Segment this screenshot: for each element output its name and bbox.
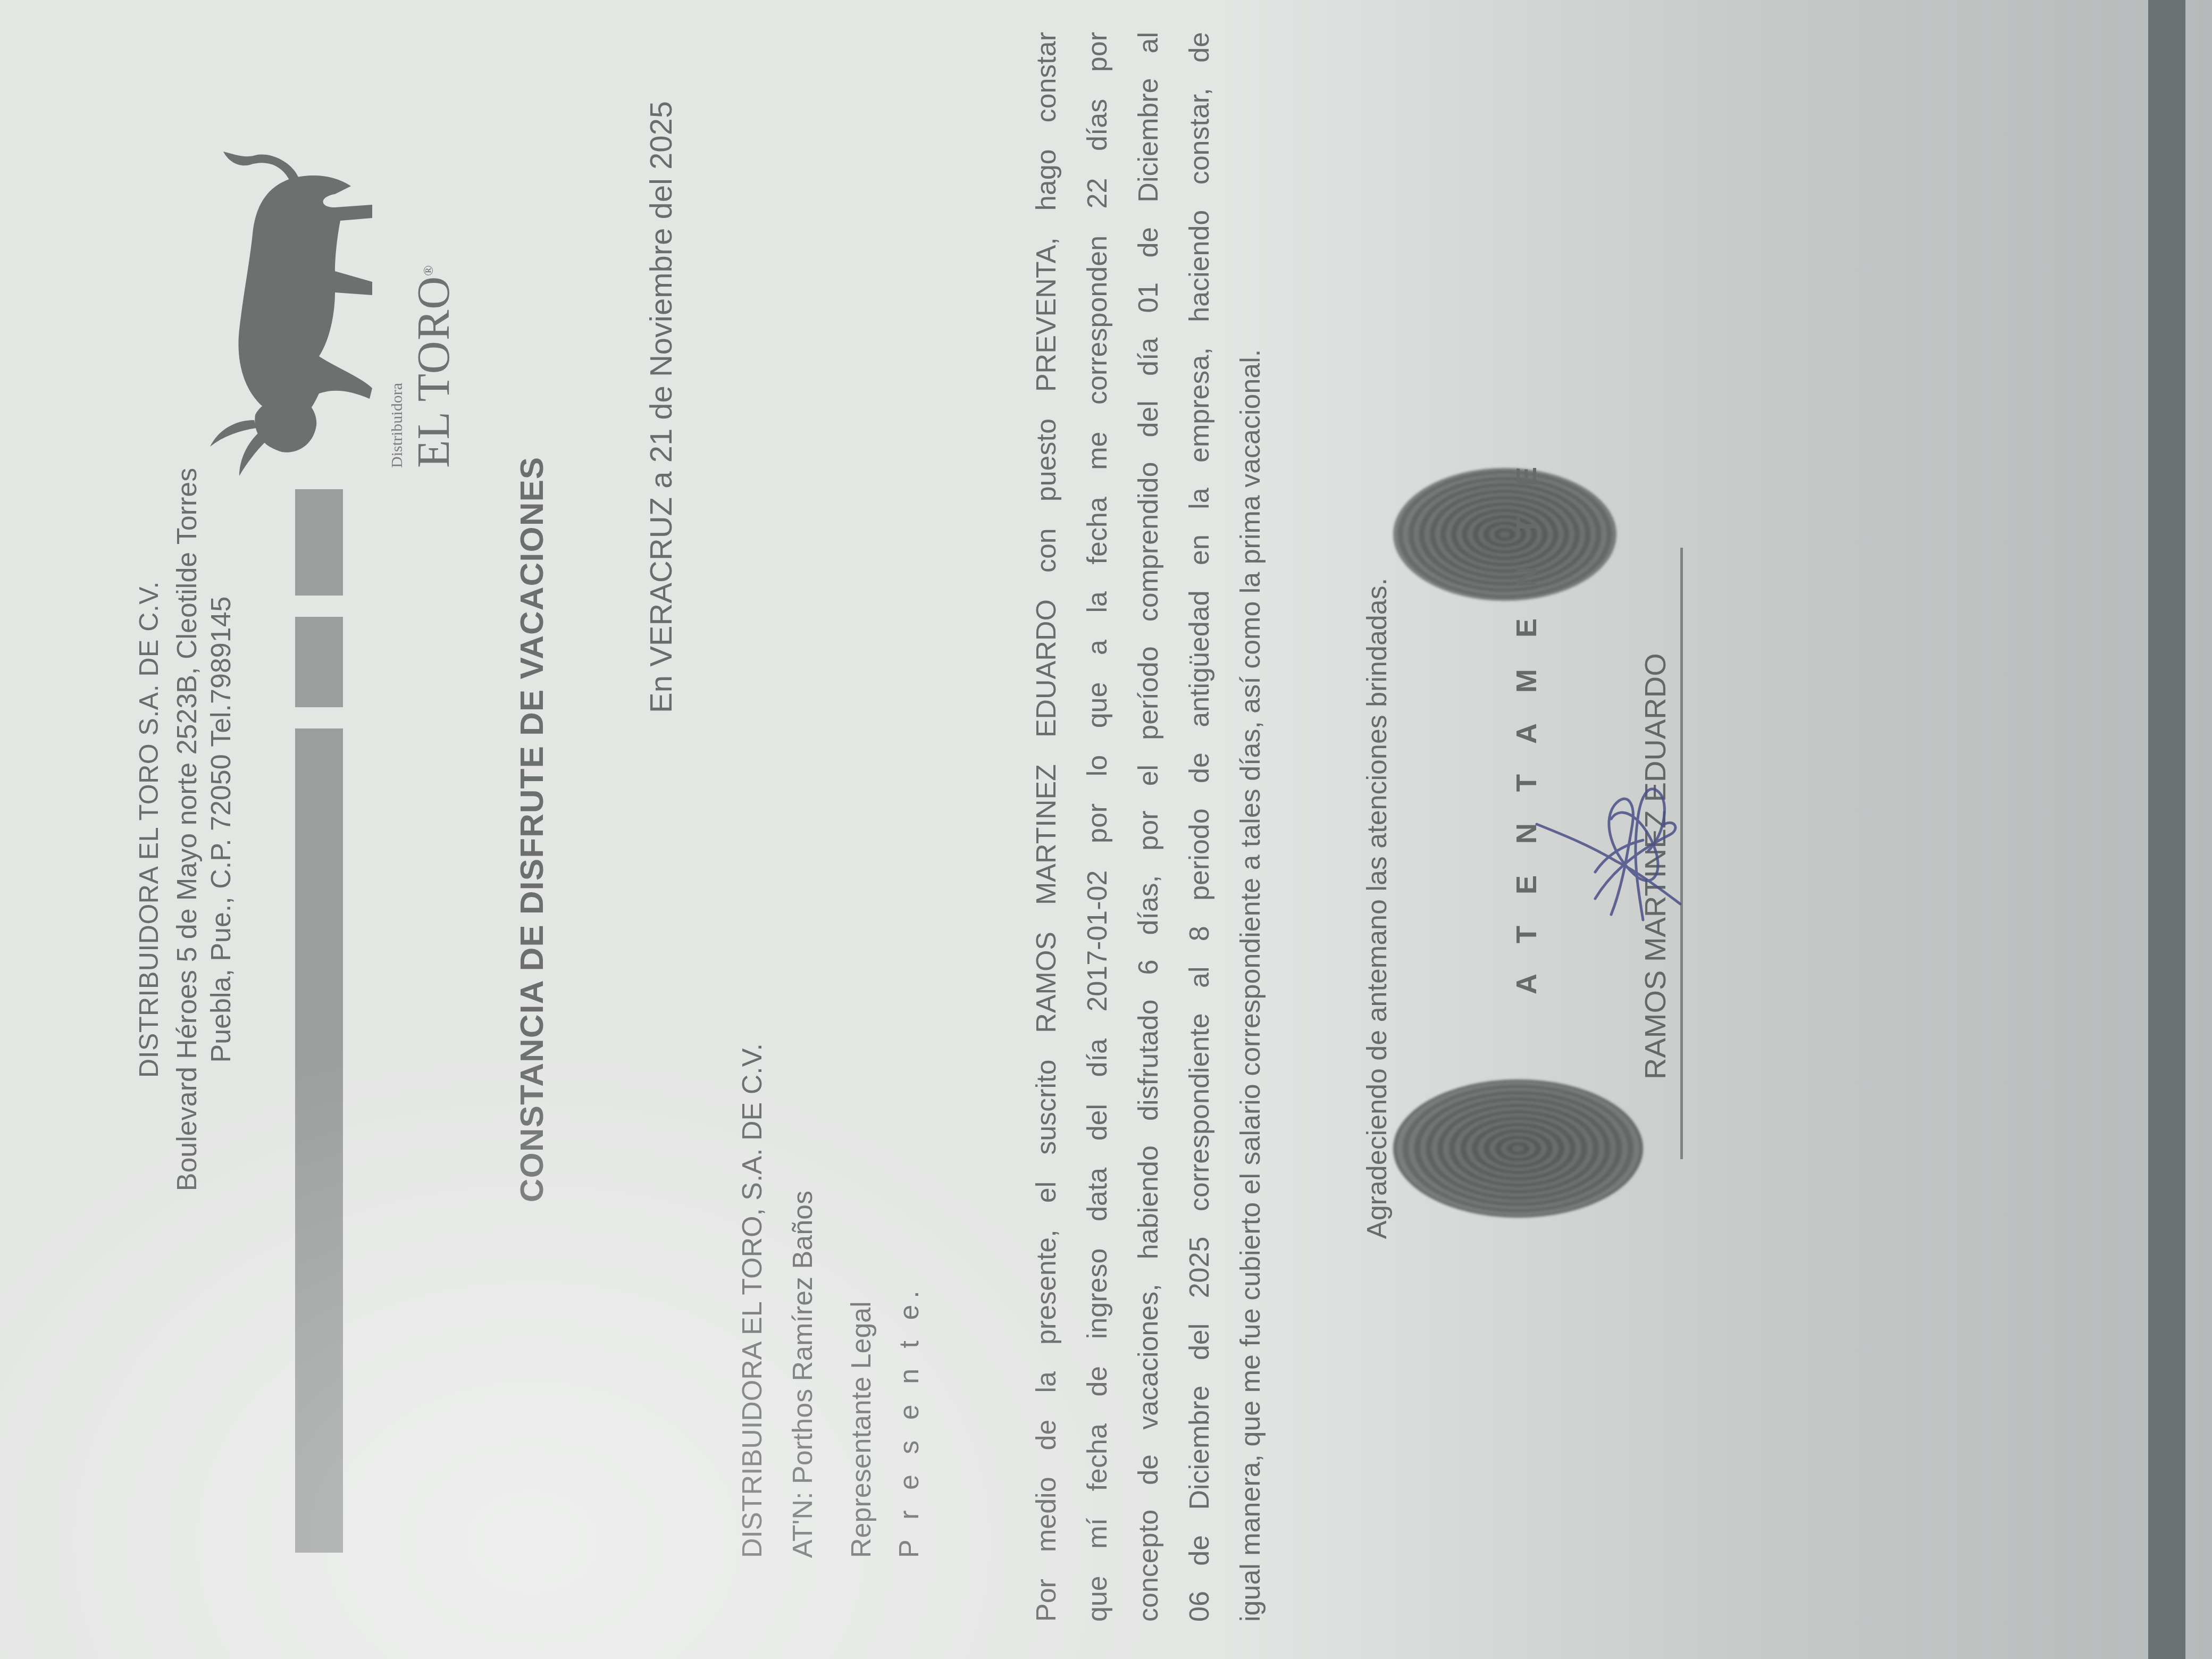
fingerprint-left xyxy=(1393,1079,1643,1218)
date-line: En VERACRUZ a 21 de Noviembre del 2025 xyxy=(643,101,679,713)
recipient-present: P r e s e n t e. xyxy=(893,1284,925,1558)
letterhead-stripes xyxy=(295,489,343,1553)
footer-stripe xyxy=(2148,0,2185,1659)
signature-scribble xyxy=(1531,697,1691,994)
body-paragraph: Por medio de la presente, el suscrito RA… xyxy=(1021,32,1276,1622)
body-line: Por medio de la presente, el suscrito RA… xyxy=(1021,32,1072,1622)
recipient-attention: AT'N: Porthos Ramírez Baños xyxy=(787,1191,819,1558)
logo-brand-text: EL TORO® xyxy=(407,265,460,468)
letter-page: DISTRIBUIDORA EL TORO S.A. DE C.V. Boule… xyxy=(0,0,2212,1659)
logo-brand-name: EL TORO xyxy=(408,276,459,468)
stripe-mid xyxy=(295,617,343,707)
body-line: que mí fecha de ingreso data del día 201… xyxy=(1072,32,1123,1622)
document-title: CONSTANCIA DE DISFRUTE DE VACACIONES xyxy=(513,0,551,1659)
document-photo: DISTRIBUIDORA EL TORO S.A. DE C.V. Boule… xyxy=(0,0,2212,1659)
recipient-role: Representante Legal xyxy=(845,1301,877,1558)
body-line: 06 de Diciembre del 2025 correspondiente… xyxy=(1174,32,1225,1622)
recipient-company: DISTRIBUIDORA EL TORO, S.A. DE C.V. xyxy=(736,1043,768,1558)
registered-mark: ® xyxy=(421,265,436,276)
company-logo: Distribuidora EL TORO® xyxy=(160,144,404,484)
bull-icon xyxy=(160,144,388,484)
stripe-short xyxy=(295,489,343,596)
closing-thanks: Agradeciendo de antemano las atenciones … xyxy=(1361,578,1393,1239)
logo-small-text: Distribuidora xyxy=(388,383,406,468)
body-line: concepto de vacaciones, habiendo disfrut… xyxy=(1123,32,1174,1622)
fingerprint-right xyxy=(1393,468,1616,601)
body-line: igual manera, que me fue cubierto el sal… xyxy=(1225,32,1276,1622)
stripe-long xyxy=(295,728,343,1553)
